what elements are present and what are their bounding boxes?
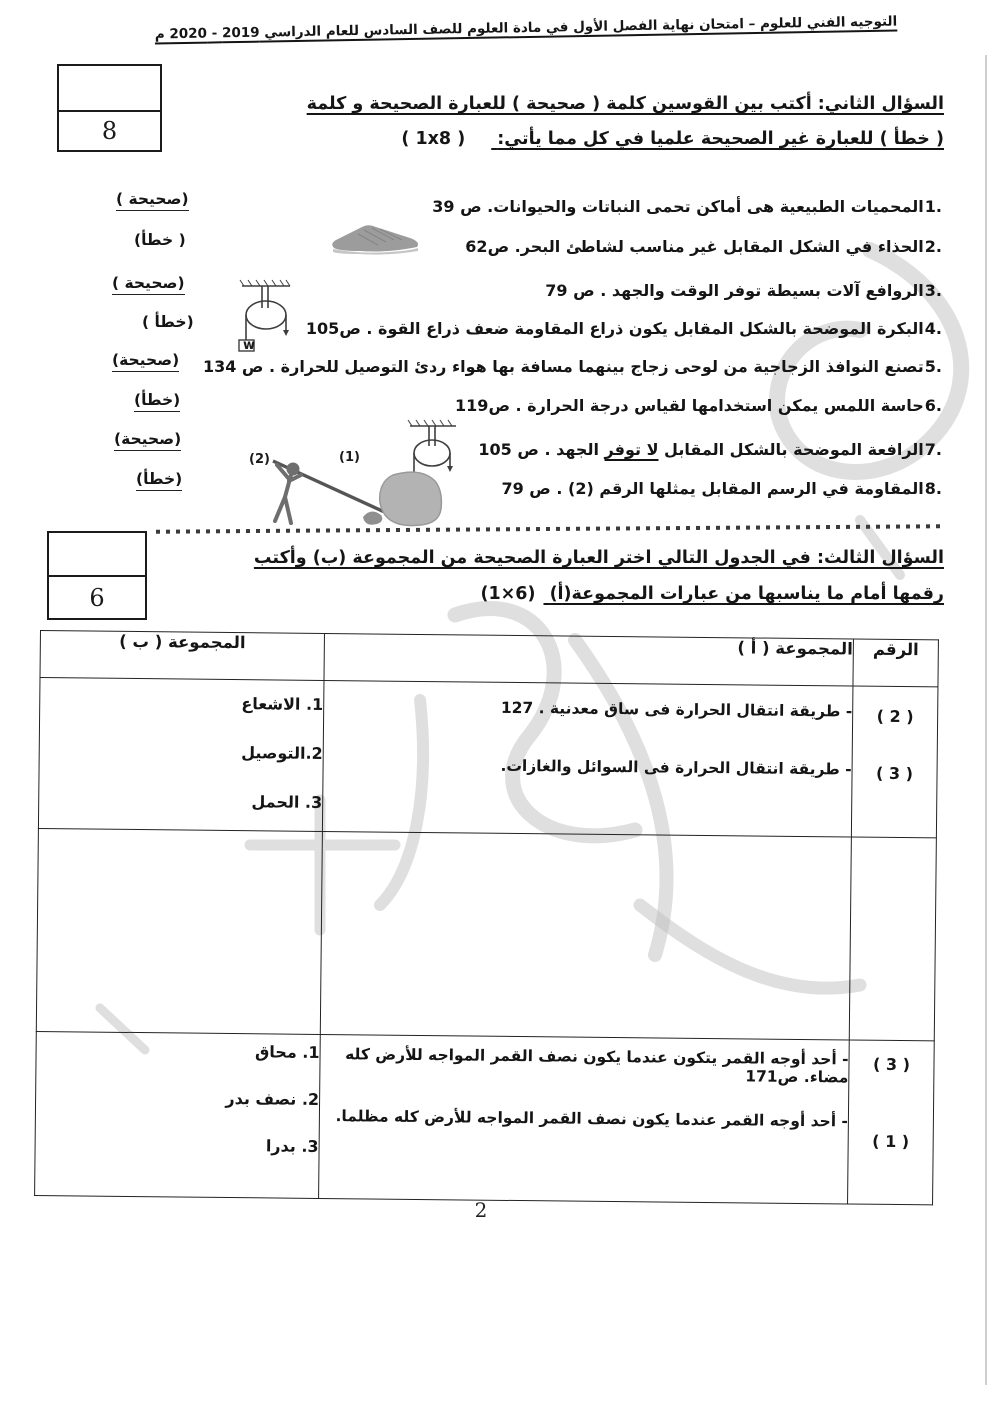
q2-answer-4-text: (خطأ ) [142,313,194,331]
q2-answer-4: (خطأ ) [142,313,194,331]
q2-answer-5-text: (صحيحة) [112,351,179,372]
q2-item-6: 6.حاسة اللمس يمكن استخدامها لقياس درجة ا… [455,396,942,415]
option-heat-2: 2.التوصيل [40,741,323,763]
q2-item-7-text-underlined: لا توفر [605,440,659,459]
q2-item-2: 2.الحذاء في الشكل المقابل غير مناسب لشاط… [465,237,942,256]
answer-number-moon-1: ( 3 ) [849,1055,933,1075]
column-header-number: الرقم [853,639,938,687]
q3-heading-line1: السؤال الثالث: في الجدول التالي اختر الع… [254,548,944,568]
page-number: 2 [0,1198,962,1222]
q2-item-4-text: البكرة الموضحة بالشكل المقابل يكون ذراع … [306,319,924,338]
q2-answer-7-text: (صحيحة) [114,430,181,451]
q2-item-8: 8.المقاومة في الرسم المقابل يمثلها الرقم… [501,479,942,498]
q2-item-1-number: 1. [925,197,942,216]
q2-item-6-number: 6. [925,396,942,415]
q2-answer-1: (صحيحة ) [116,190,189,208]
scan-edge-artifact [985,55,987,1385]
q2-heading-line1: السؤال الثاني: أكتب بين القوسين كلمة ( ص… [307,94,944,114]
q2-item-1-text: المحميات الطبيعية هى أماكن تحمى النباتات… [432,197,924,216]
option-heat-3: 3. الحمل [39,790,322,812]
q2-answer-6-text: (خطأ) [134,391,180,412]
q2-item-5: 5.تصنع النوافذ الزجاجية من لوحى زجاج بين… [203,357,942,376]
q2-item-4-number: 4. [925,319,942,338]
q2-answer-8-text: (خطأ) [136,470,182,491]
q3-score-value: 6 [49,577,145,618]
q2-item-3-number: 3. [925,281,942,300]
lever-rock-label: (1) [339,450,360,465]
q2-answer-2-text: ( خطأ) [134,231,186,249]
q2-marks: ( 1x8 ) [401,129,465,149]
table-row-heat: ( 2 ) ( 3 ) - طريقة انتقال الحرارة فى سا… [38,678,938,838]
option-moon-2: 2. نصف بدر [36,1087,319,1109]
q2-heading-line2-text: ( خطأ ) للعبارة غير الصحيحة علميا في كل … [497,129,944,149]
empty-cell-group-b [36,828,322,1034]
statement-heat-1: - طريقة انتقال الحرارة فى ساق معدنية . 1… [324,697,852,721]
pulley-1-weight-label: w [243,338,255,353]
answer-number-heat-1: ( 2 ) [853,707,937,727]
q2-item-8-text: المقاومة في الرسم المقابل يمثلها الرقم (… [501,479,923,498]
q2-score-value: 8 [59,112,160,150]
q2-item-8-number: 8. [925,479,942,498]
q2-answer-2: ( خطأ) [134,231,186,249]
q2-item-2-text: الحذاء في الشكل المقابل غير مناسب لشاطئ … [465,237,923,256]
q2-item-7-text-after: الجهد . ص 105 [478,440,604,459]
q2-score-box: 8 [57,64,162,152]
q2-item-2-number: 2. [925,237,942,256]
q2-answer-3-text: (صحيحة ) [112,274,185,295]
q2-answer-7: (صحيحة) [114,430,181,448]
q2-score-box-top-cell [59,66,160,112]
empty-cell-group-a [320,831,851,1040]
pulley-figure-1: w [228,278,318,358]
column-header-group-a: المجموعة ( أ ) [324,633,853,686]
q2-item-1: 1.المحميات الطبيعية هى أماكن تحمى النبات… [432,197,942,216]
q2-answer-1-text: (صحيحة ) [116,190,189,211]
q2-item-5-text: تصنع النوافذ الزجاجية من لوحى زجاج بينهم… [203,357,924,376]
option-moon-3: 3. بدرا [36,1134,319,1156]
q2-item-6-text: حاسة اللمس يمكن استخدامها لقياس درجة الح… [455,396,924,415]
q2-item-3: 3.الروافع آلات بسيطة توفر الوقت والجهد .… [545,281,942,300]
q2-answer-8: (خطأ) [136,470,182,488]
q2-answer-6: (خطأ) [134,391,180,409]
q2-answer-5: (صحيحة) [112,351,179,369]
shoe-figure [328,218,428,258]
statement-moon-2: - أحد أوجه القمر عندما يكون نصف القمر ال… [320,1107,848,1131]
q2-item-3-text: الروافع آلات بسيطة توفر الوقت والجهد . ص… [545,281,923,300]
empty-cell-number [849,837,936,1041]
answer-number-heat-2: ( 3 ) [852,764,936,784]
column-header-group-b: المجموعة ( ب ) [40,631,324,681]
q3-heading-line2-text: رقمها أمام ما يناسبها من عبارات المجموعة… [550,584,944,604]
lever-figure: (2) (1) [243,445,483,533]
q2-answer-3: (صحيحة ) [112,274,185,292]
statement-moon-1: - أحد أوجه القمر يتكون عندما يكون نصف ال… [320,1045,848,1087]
q2-heading-line2: ( خطأ ) للعبارة غير الصحيحة علميا في كل … [401,129,944,149]
q3-heading-line2: رقمها أمام ما يناسبها من عبارات المجموعة… [480,584,944,604]
option-heat-1: 1. الاشعاع [40,692,323,714]
table-row-moon: ( 3 ) ( 1 ) - أحد أوجه القمر يتكون عندما… [35,1031,935,1204]
q2-item-7-text-before: الرافعة الموضحة بالشكل المقابل [658,440,923,459]
q3-marks: (1×6) [480,584,535,604]
q2-item-5-number: 5. [925,357,942,376]
option-moon-1: 1. محاق [37,1040,320,1062]
statement-heat-2: - طريقة انتقال الحرارة فى السوائل والغاز… [324,755,852,779]
q2-item-7-number: 7. [925,440,942,459]
q2-item-7: 7.الرافعة الموضحة بالشكل المقابل لا توفر… [478,440,942,459]
lever-effort-label: (2) [249,452,270,467]
table-row-empty [36,828,936,1040]
document-header: التوجيه الفني للعلوم – امتحان نهاية الفص… [100,13,952,44]
q2-item-4: 4.البكرة الموضحة بالشكل المقابل يكون ذرا… [306,319,942,338]
answer-number-moon-2: ( 1 ) [849,1131,933,1151]
q3-matching-table: الرقم المجموعة ( أ ) المجموعة ( ب ) ( 2 … [34,630,939,1205]
q3-score-box: 6 [47,531,147,620]
q3-score-box-top-cell [49,533,145,577]
